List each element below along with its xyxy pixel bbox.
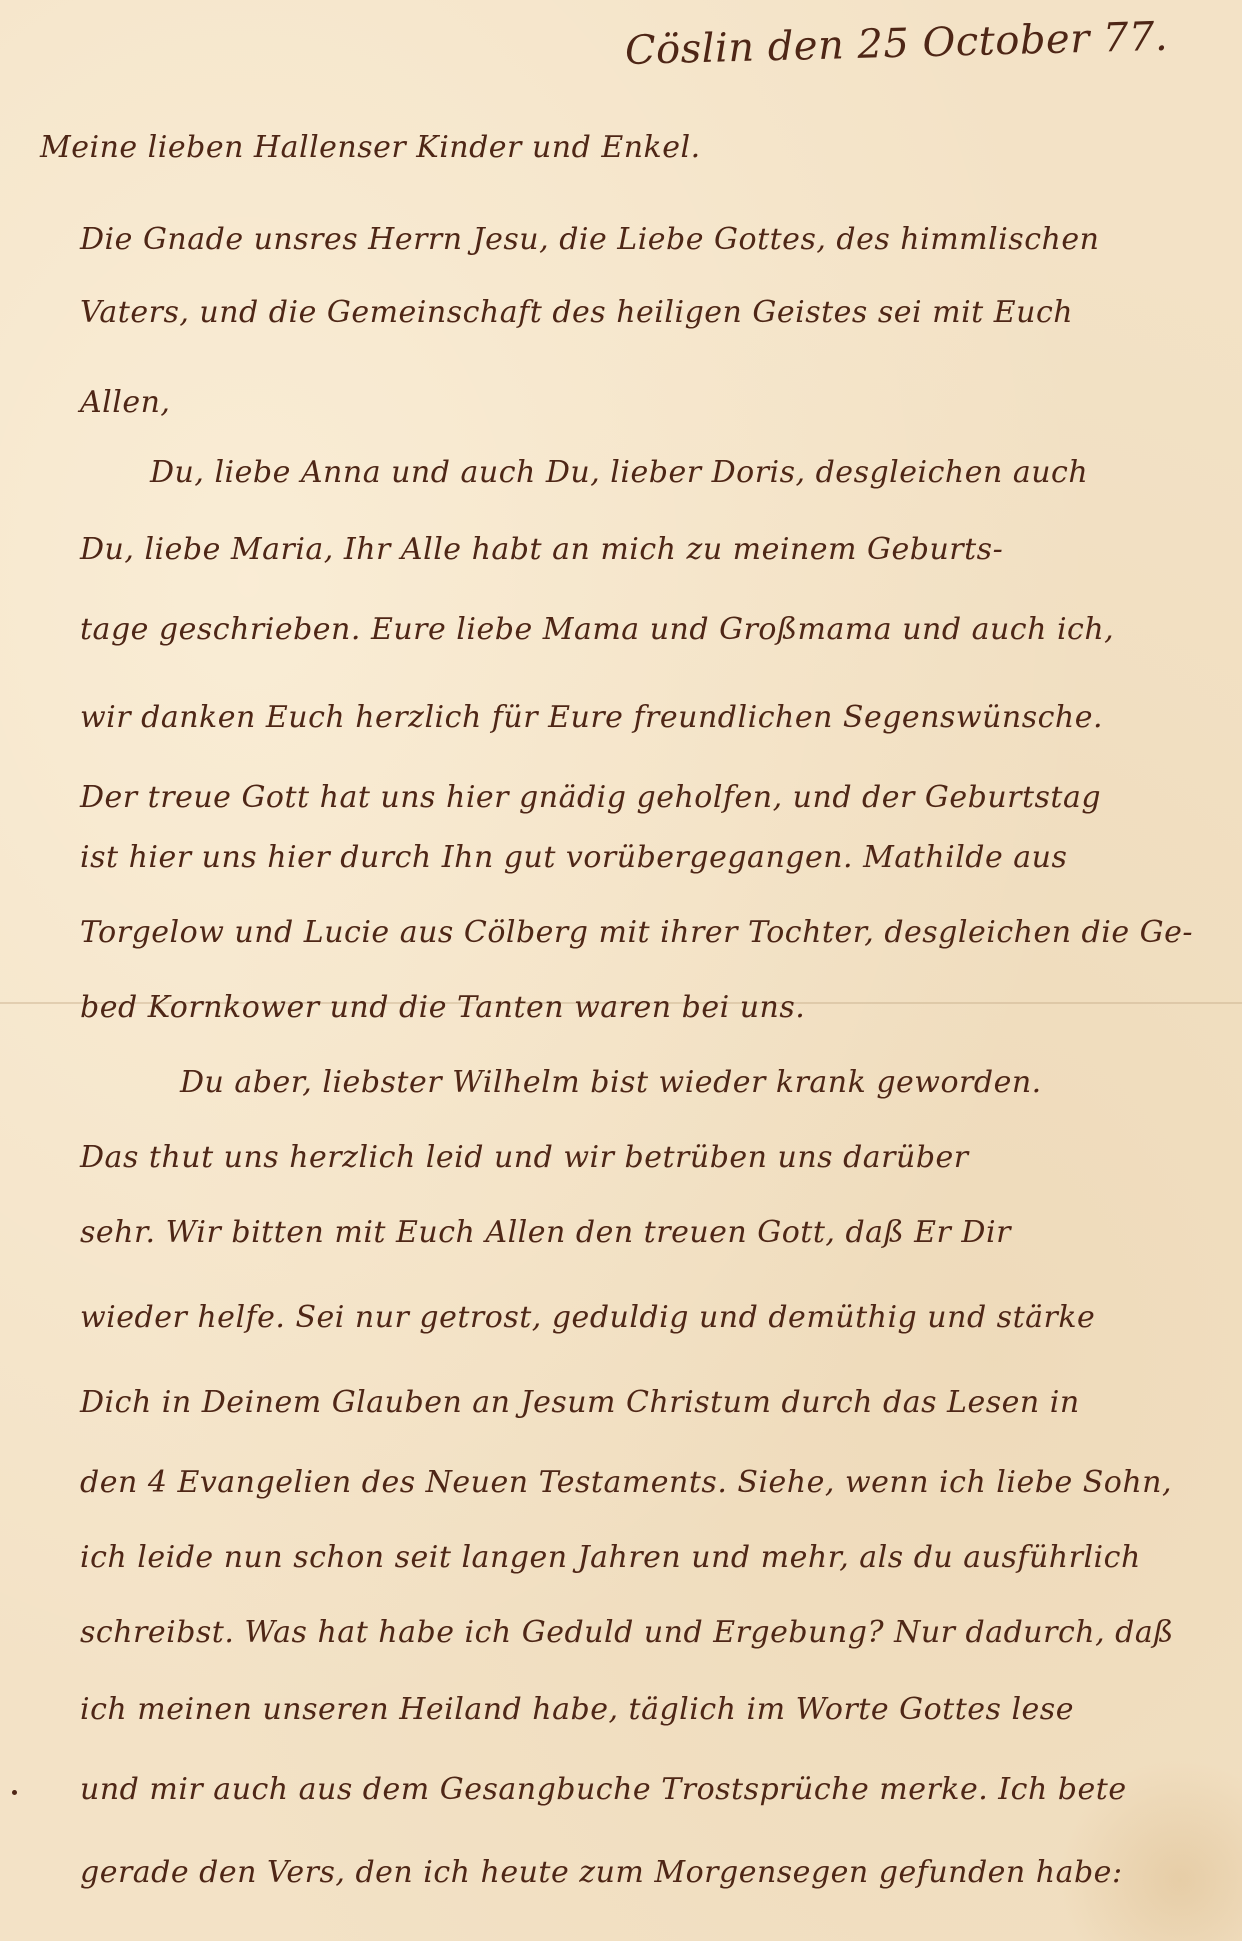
letter-line: Du aber, liebster Wilhelm bist wieder kr… xyxy=(180,1065,1042,1100)
letter-line: Der treue Gott hat uns hier gnädig gehol… xyxy=(80,780,1101,815)
letter-line: Torgelow und Lucie aus Cölberg mit ihrer… xyxy=(80,915,1193,950)
letter-salutation: Meine lieben Hallenser Kinder und Enkel. xyxy=(40,130,701,165)
letter-dateline: Cöslin den 25 October 77. xyxy=(624,14,1168,74)
letter-line: Das thut uns herzlich leid und wir betrü… xyxy=(80,1140,969,1175)
letter-line: und mir auch aus dem Gesangbuche Trostsp… xyxy=(80,1772,1127,1807)
letter-line: gerade den Vers, den ich heute zum Morge… xyxy=(80,1855,1123,1890)
letter-line: Allen, xyxy=(80,385,170,420)
letter-line: ich leide nun schon seit langen Jahren u… xyxy=(80,1540,1141,1575)
letter-line: ich meinen unseren Heiland habe, täglich… xyxy=(80,1692,1074,1727)
letter-page: Cöslin den 25 October 77. Meine lieben H… xyxy=(0,0,1242,1941)
letter-line: tage geschrieben. Eure liebe Mama und Gr… xyxy=(80,612,1114,647)
letter-line: sehr. Wir bitten mit Euch Allen den treu… xyxy=(80,1215,1011,1250)
ink-dot xyxy=(12,1790,17,1795)
letter-line: Vaters, und die Gemeinschaft des heilige… xyxy=(80,295,1073,330)
letter-line: Du, liebe Anna und auch Du, lieber Doris… xyxy=(150,455,1088,490)
letter-line: wieder helfe. Sei nur getrost, geduldig … xyxy=(80,1300,1095,1335)
letter-line: den 4 Evangelien des Neuen Testaments. S… xyxy=(80,1465,1172,1500)
letter-line: wir danken Euch herzlich für Eure freund… xyxy=(80,700,1103,735)
letter-line: ist hier uns hier durch Ihn gut vorüberg… xyxy=(80,840,1067,875)
letter-line: schreibst. Was hat habe ich Geduld und E… xyxy=(80,1615,1174,1650)
letter-line: Die Gnade unsres Herrn Jesu, die Liebe G… xyxy=(80,222,1099,257)
letter-line: bed Kornkower und die Tanten waren bei u… xyxy=(80,990,805,1025)
letter-line: Dich in Deinem Glauben an Jesum Christum… xyxy=(80,1385,1080,1420)
letter-line: Du, liebe Maria, Ihr Alle habt an mich z… xyxy=(80,532,1003,567)
